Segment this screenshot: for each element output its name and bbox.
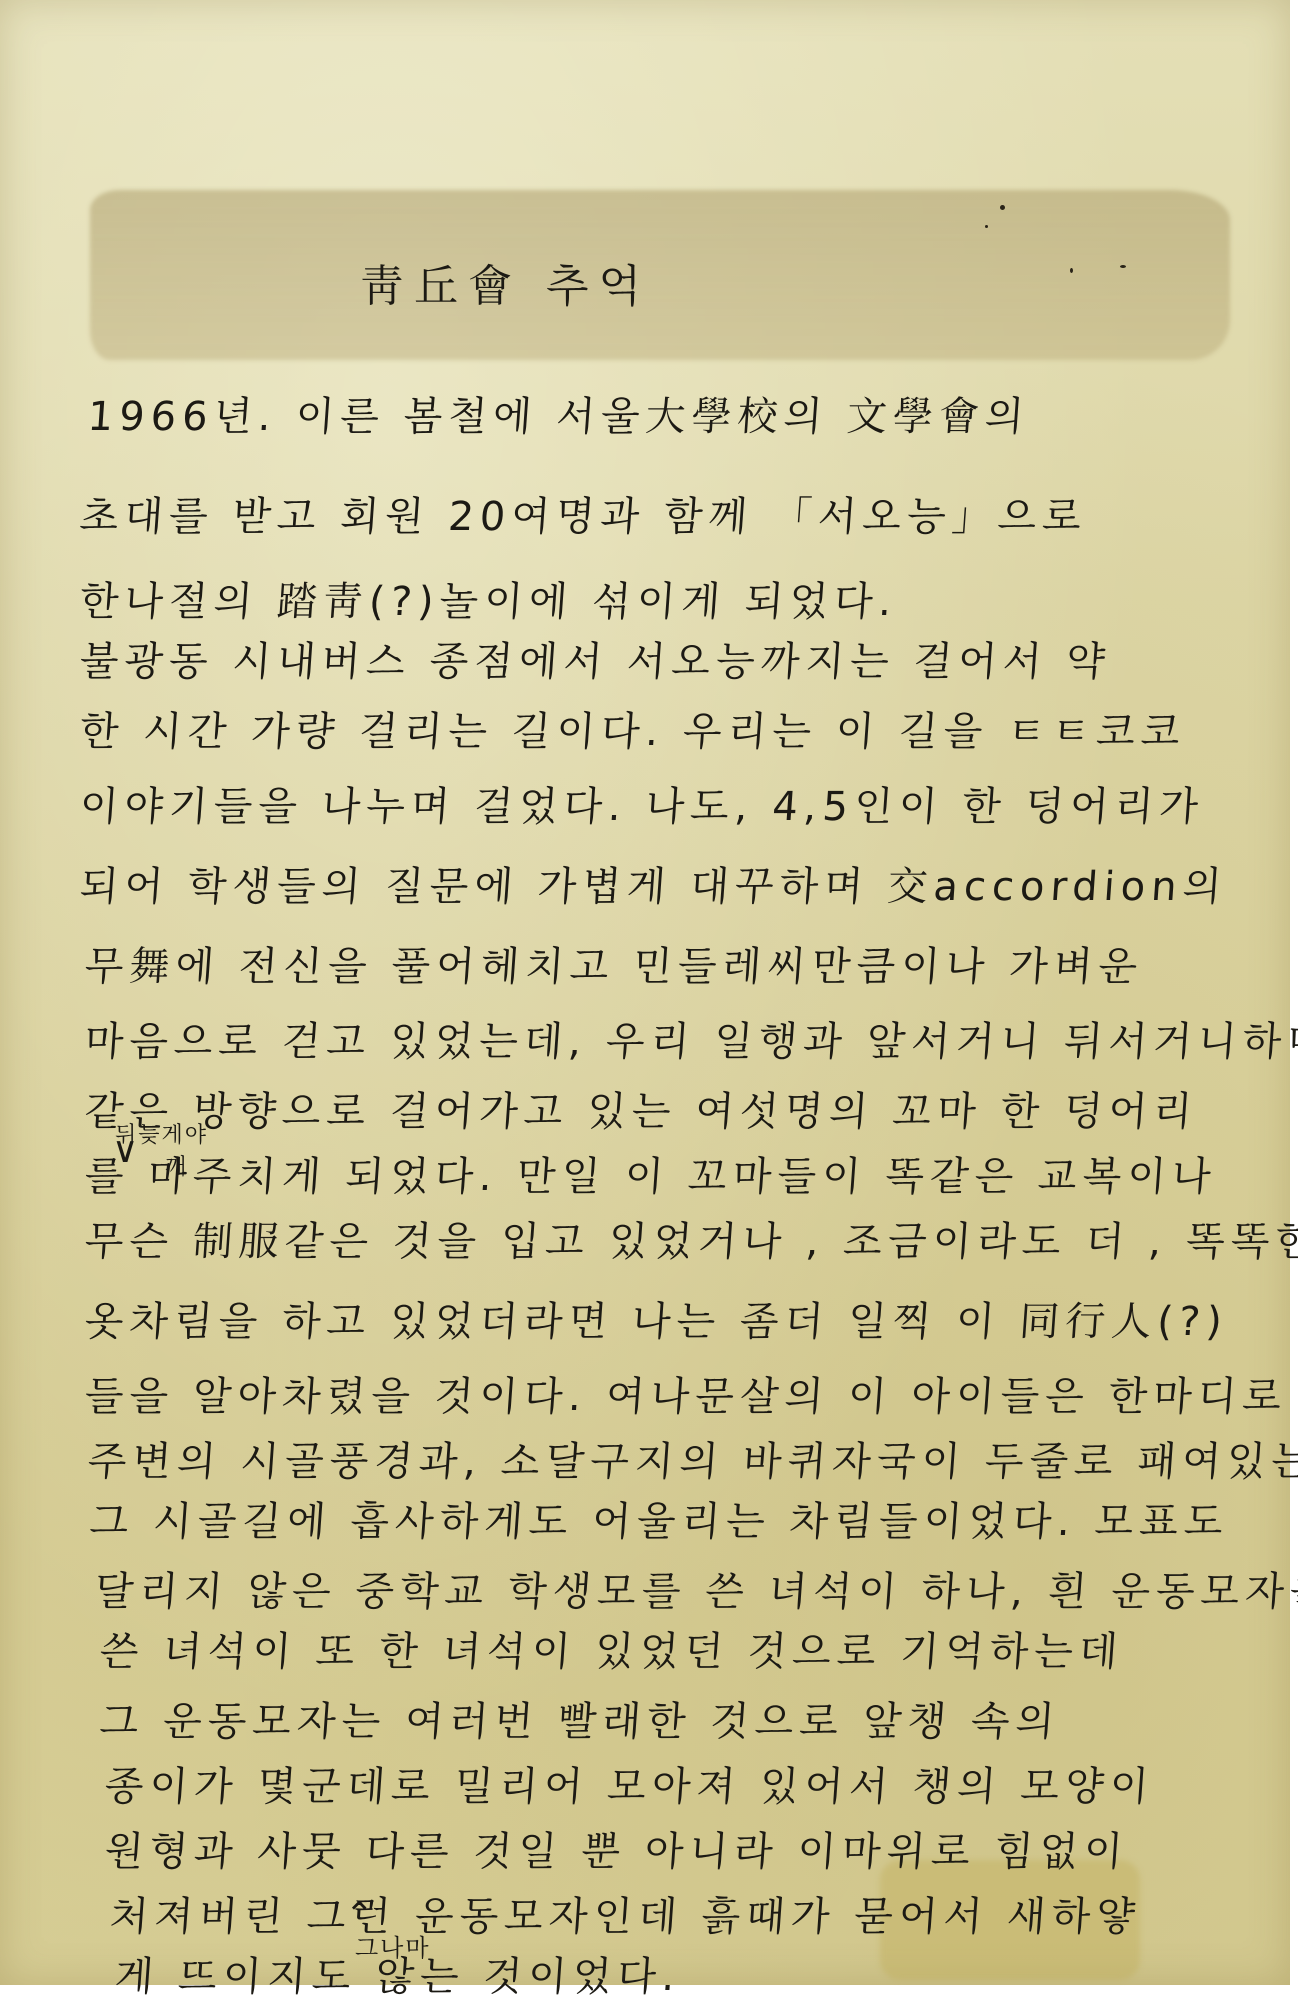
manuscript-line-13: 옷차림을 하고 있었더라면 나는 좀더 일찍 이 同行人(?) [83,1290,1230,1347]
ink-speck [1000,205,1005,210]
manuscript-line-23: 게 뜨이지도 않는 것이었다. [113,1945,683,2000]
manuscript-line-7: 되어 학생들의 질문에 가볍게 대꾸하며 交accordion의 [78,855,1229,912]
ink-speck [985,225,988,228]
ink-speck [1070,268,1073,273]
manuscript-line-20: 종이가 몇군데로 밀리어 모아져 있어서 챙의 모양이 [103,1755,1157,1812]
manuscript-line-16: 그 시골길에 흡사하게도 어울리는 차림들이었다. 모표도 [88,1490,1231,1547]
manuscript-line-12: 무슨 制服같은 것을 입고 있었거나 , 조금이라도 더 , 똑똑한 [83,1210,1298,1267]
document-title: 靑丘會 추억 [360,250,651,314]
manuscript-line-14: 들을 알아차렸을 것이다. 여나문살의 이 아이들은 한마디로 [83,1365,1289,1422]
manuscript-line-19: 그 운동모자는 여러번 빨래한 것으로 앞챙 속의 [98,1690,1062,1747]
manuscript-line-9: 마음으로 걷고 있었는데, 우리 일행과 앞서거니 뒤서거니하며 [83,1010,1298,1067]
manuscript-line-5: 한 시간 가량 걸리는 길이다. 우리는 이 길을 ㅌㅌ코코 [78,700,1188,757]
manuscript-line-21: 원형과 사뭇 다른 것일 뿐 아니라 이마위로 힘없이 [103,1820,1131,1877]
manuscript-line-10: 같은 방향으로 걸어가고 있는 여섯명의 꼬마 한 덩어리 [83,1080,1200,1137]
manuscript-line-17: 달리지 않은 중학교 학생모를 쓴 녀석이 하나, 흰 운동모자를 [93,1560,1298,1617]
manuscript-line-2: 초대를 받고 회원 20여명과 함께 「서오능」으로 [78,485,1089,542]
manuscript-line-11: 를 마주치게 되었다. 만일 이 꼬마들이 똑같은 교복이나 [83,1145,1219,1202]
manuscript-line-22: 처져버린 그런 운동모자인데 흙때가 묻어서 새하얗 [108,1885,1143,1942]
manuscript-line-3: 한나절의 踏靑(?)놀이에 섞이게 되었다. [78,570,900,627]
ink-speck [1120,265,1126,268]
manuscript-line-4: 불광동 시내버스 종점에서 서오능까지는 걸어서 약 [78,630,1113,687]
manuscript-line-18: 쓴 녀석이 또 한 녀석이 있었던 것으로 기억하는데 [98,1620,1126,1677]
manuscript-line-8: 무舞에 전신을 풀어헤치고 민들레씨만큼이나 가벼운 [83,935,1145,992]
manuscript-line-15: 주변의 시골풍경과, 소달구지의 바퀴자국이 두줄로 패여있는 [86,1430,1298,1487]
manuscript-line-6: 이야기들을 나누며 걸었다. 나도, 4,5인이 한 덩어리가 [78,775,1206,832]
tape-strip [90,190,1230,360]
manuscript-line-1: 1966년. 이른 봄철에 서울大學校의 文學會의 [86,385,1032,442]
